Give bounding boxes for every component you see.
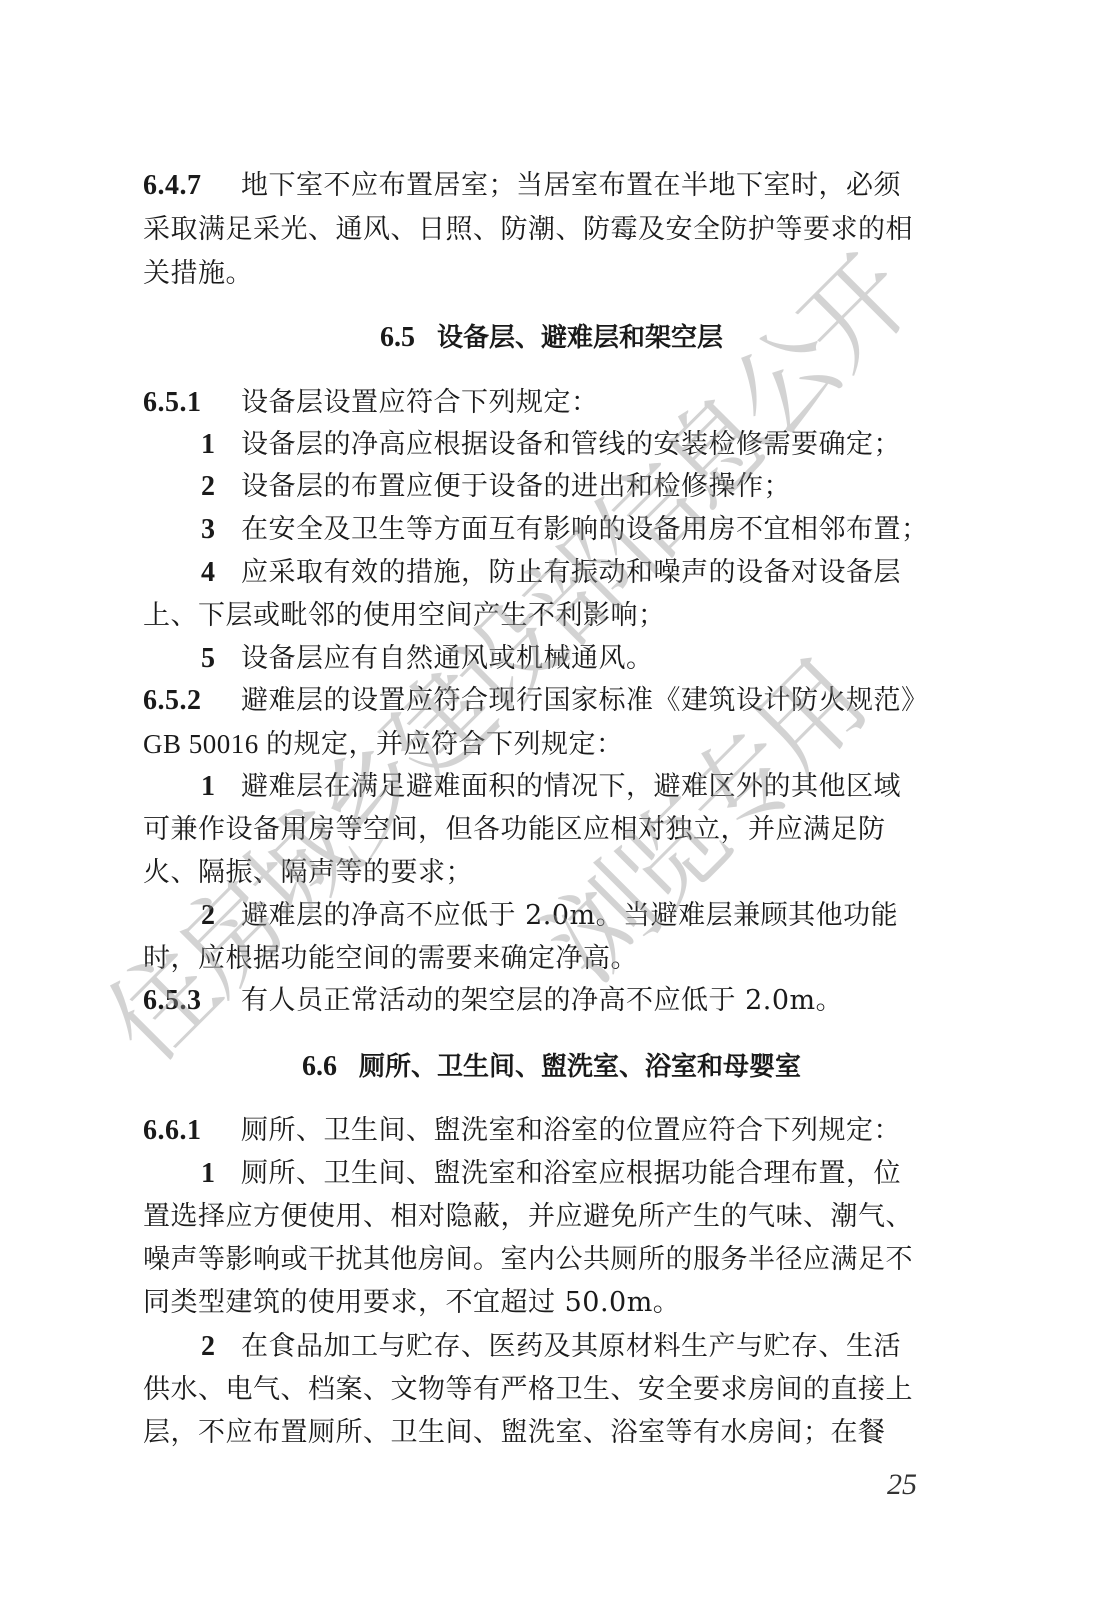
section-number: 6.5 xyxy=(380,322,415,353)
clause-number: 6.5.1 xyxy=(143,381,241,425)
list-item: 5设备层应有自然通风或机械通风。 xyxy=(143,637,943,681)
item-number: 2 xyxy=(201,1325,241,1369)
item-text: 厕所、卫生间、盥洗室和浴室应根据功能合理布置，位 xyxy=(241,1158,901,1189)
clause-6-4-7: 6.4.7地下室不应布置居室；当居室布置在半地下室时，必须 xyxy=(143,164,943,208)
clause-6-5-3: 6.5.3有人员正常活动的架空层的净高不应低于 2.0m。 xyxy=(143,979,943,1023)
text-line: 采取满足采光、通风、日照、防潮、防霉及安全防护等要求的相 xyxy=(143,208,943,252)
clause-text: 有人员正常活动的架空层的净高不应低于 2.0m。 xyxy=(241,985,843,1016)
item-number: 1 xyxy=(201,1152,241,1196)
clause-6-5-1: 6.5.1设备层设置应符合下列规定： xyxy=(143,381,943,425)
section-heading-6-6: 6.6厕所、卫生间、盥洗室、浴室和母婴室 xyxy=(0,1046,1103,1083)
clause-text: 避难层的设置应符合现行国家标准《建筑设计防火规范》 xyxy=(241,685,929,716)
item-text: 在安全及卫生等方面互有影响的设备用房不宜相邻布置； xyxy=(241,514,929,545)
list-item: 2避难层的净高不应低于 2.0m。当避难层兼顾其他功能 xyxy=(143,894,943,938)
text-line: 供水、电气、档案、文物等有严格卫生、安全要求房间的直接上 xyxy=(143,1368,943,1412)
document-page: 6.4.7地下室不应布置居室；当居室布置在半地下室时，必须 采取满足采光、通风、… xyxy=(0,0,1103,1597)
list-item: 1避难层在满足避难面积的情况下，避难区外的其他区域 xyxy=(143,765,943,809)
section-number: 6.6 xyxy=(302,1051,337,1082)
clause-text: 地下室不应布置居室；当居室布置在半地下室时，必须 xyxy=(241,170,901,201)
item-number: 2 xyxy=(201,465,241,509)
text-line: 置选择应方便使用、相对隐蔽，并应避免所产生的气味、潮气、 xyxy=(143,1195,943,1239)
text-line: 噪声等影响或干扰其他房间。室内公共厕所的服务半径应满足不 xyxy=(143,1238,943,1282)
section-title: 厕所、卫生间、盥洗室、浴室和母婴室 xyxy=(359,1052,801,1082)
text-line: 关措施。 xyxy=(143,252,943,296)
list-item: 3在安全及卫生等方面互有影响的设备用房不宜相邻布置； xyxy=(143,508,943,552)
item-text: 设备层的布置应便于设备的进出和检修操作； xyxy=(241,471,791,502)
item-number: 1 xyxy=(201,423,241,467)
item-number: 4 xyxy=(201,551,241,595)
item-text: 避难层在满足避难面积的情况下，避难区外的其他区域 xyxy=(241,771,901,802)
list-item: 2在食品加工与贮存、医药及其原材料生产与贮存、生活 xyxy=(143,1325,943,1369)
item-text: 设备层应有自然通风或机械通风。 xyxy=(241,643,654,674)
section-heading-6-5: 6.5设备层、避难层和架空层 xyxy=(0,317,1103,354)
item-number: 5 xyxy=(201,637,241,681)
text-line: 可兼作设备用房等空间，但各功能区应相对独立，并应满足防 xyxy=(143,808,943,852)
section-title: 设备层、避难层和架空层 xyxy=(437,323,723,353)
clause-number: 6.4.7 xyxy=(143,164,241,208)
clause-text: 设备层设置应符合下列规定： xyxy=(241,387,599,418)
clause-6-5-2: 6.5.2避难层的设置应符合现行国家标准《建筑设计防火规范》 xyxy=(143,679,943,723)
item-text: 避难层的净高不应低于 2.0m。当避难层兼顾其他功能 xyxy=(241,900,898,931)
text-line: 层，不应布置厕所、卫生间、盥洗室、浴室等有水房间；在餐 xyxy=(143,1411,943,1455)
clause-number: 6.5.3 xyxy=(143,979,241,1023)
item-number: 1 xyxy=(201,765,241,809)
list-item: 4应采取有效的措施，防止有振动和噪声的设备对设备层 xyxy=(143,551,943,595)
item-number: 3 xyxy=(201,508,241,552)
list-item: 1设备层的净高应根据设备和管线的安装检修需要确定； xyxy=(143,423,943,467)
list-item: 1厕所、卫生间、盥洗室和浴室应根据功能合理布置，位 xyxy=(143,1152,943,1196)
text-line: 上、下层或毗邻的使用空间产生不利影响； xyxy=(143,594,943,638)
clause-number: 6.5.2 xyxy=(143,679,241,723)
text-line: 时，应根据功能空间的需要来确定净高。 xyxy=(143,937,943,981)
page-number: 25 xyxy=(887,1468,917,1502)
clause-text: 厕所、卫生间、盥洗室和浴室的位置应符合下列规定： xyxy=(241,1115,901,1146)
text-line: 火、隔振、隔声等的要求； xyxy=(143,851,943,895)
clause-6-6-1: 6.6.1厕所、卫生间、盥洗室和浴室的位置应符合下列规定： xyxy=(143,1109,943,1153)
item-text: 设备层的净高应根据设备和管线的安装检修需要确定； xyxy=(241,429,901,460)
item-text: 应采取有效的措施，防止有振动和噪声的设备对设备层 xyxy=(241,557,901,588)
item-text: 在食品加工与贮存、医药及其原材料生产与贮存、生活 xyxy=(241,1331,901,1362)
clause-number: 6.6.1 xyxy=(143,1109,241,1153)
text-line: 同类型建筑的使用要求，不宜超过 50.0m。 xyxy=(143,1281,943,1325)
text-line: GB 50016 的规定，并应符合下列规定： xyxy=(143,722,943,766)
list-item: 2设备层的布置应便于设备的进出和检修操作； xyxy=(143,465,943,509)
item-number: 2 xyxy=(201,894,241,938)
